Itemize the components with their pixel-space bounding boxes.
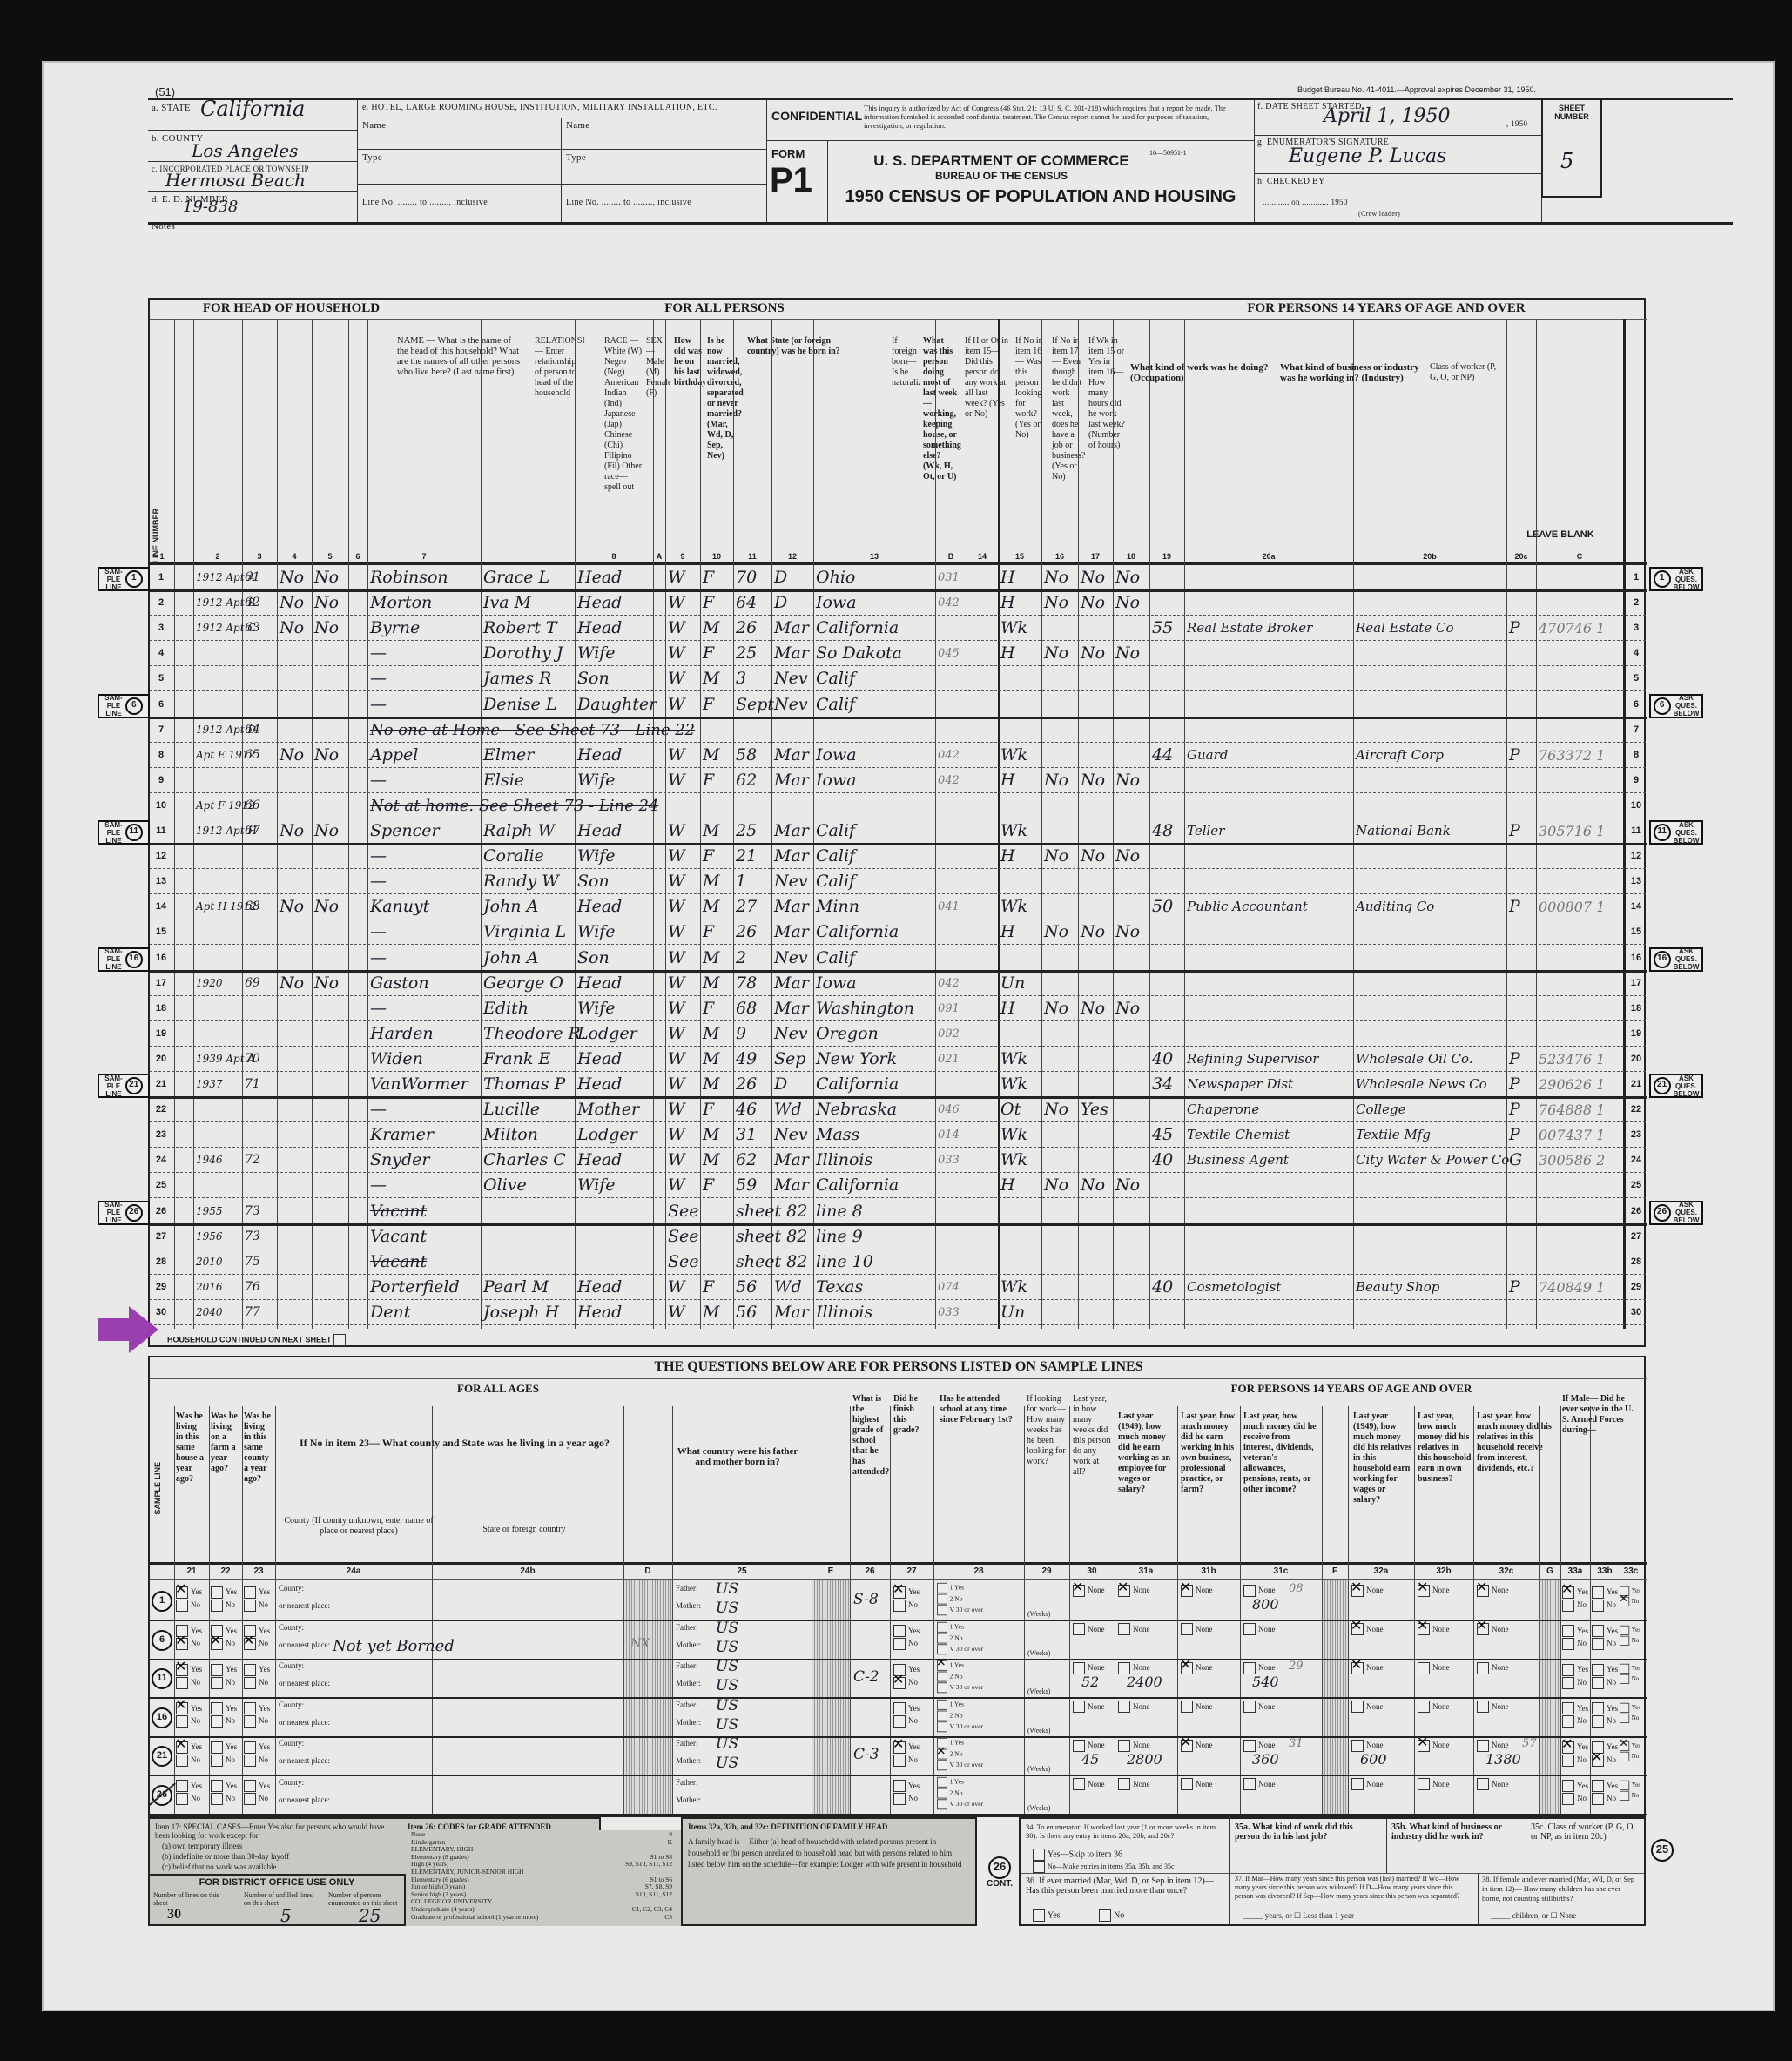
c33a-no-checkbox[interactable] [1562, 1793, 1574, 1805]
c31b-none-checkbox[interactable] [1181, 1778, 1193, 1790]
c23-no-checkbox[interactable] [244, 1638, 256, 1650]
c23-no-checkbox[interactable] [244, 1600, 256, 1612]
cell-c18: No [1115, 641, 1147, 668]
c22-yes-checkbox[interactable] [211, 1780, 223, 1792]
cell-last: Kanuyt [370, 894, 478, 921]
c28-yes-checkbox[interactable] [937, 1583, 947, 1593]
c28-yes-checkbox[interactable] [937, 1776, 947, 1787]
cell-occupation: Business Agent [1187, 1148, 1351, 1175]
cell-last: — [370, 768, 478, 795]
cell-class [1509, 590, 1533, 617]
c32c-none-checkbox[interactable] [1477, 1585, 1489, 1597]
c22-yes-checkbox[interactable] [211, 1586, 223, 1599]
c23-no-checkbox[interactable] [244, 1793, 256, 1805]
cell-farm [280, 869, 309, 896]
c31c-none-checkbox[interactable] [1243, 1662, 1256, 1674]
c27-no-checkbox[interactable] [893, 1600, 906, 1612]
c31a-none-checkbox[interactable] [1118, 1778, 1130, 1790]
c32b-none-checkbox[interactable] [1418, 1662, 1430, 1674]
ask-questions-below-tag: 16ASKQUES.BELOW [1649, 947, 1703, 972]
cell-race: W [668, 692, 697, 719]
cell-rel: Wife [577, 996, 650, 1023]
line-number: 8 [150, 750, 172, 760]
c31b-none-checkbox[interactable] [1181, 1662, 1193, 1674]
c33c-no-checkbox[interactable] [1620, 1752, 1629, 1761]
c31b-none-checkbox[interactable] [1181, 1585, 1193, 1597]
c30-none-checkbox[interactable] [1073, 1701, 1085, 1713]
c21-yes-checkbox[interactable] [176, 1741, 188, 1754]
c33b-no-checkbox[interactable] [1592, 1715, 1604, 1728]
c31b-none-checkbox[interactable] [1181, 1623, 1193, 1635]
cell-age: 26 [736, 616, 769, 643]
c23-no-checkbox[interactable] [244, 1677, 256, 1689]
cell-hours: 34 [1152, 1072, 1182, 1099]
c22-no-checkbox[interactable] [211, 1755, 223, 1767]
line-number-right: 6 [1625, 699, 1647, 710]
c27-no-checkbox[interactable] [893, 1638, 906, 1650]
cell-hours: 44 [1152, 743, 1182, 770]
sample-row-line-6: 6YesNoYesNoYesNoCounty:or nearest place:… [150, 1621, 1647, 1660]
cell-age: 31 [736, 1122, 769, 1149]
c33c-yes-checkbox[interactable] [1620, 1625, 1629, 1634]
c33a-yes-checkbox[interactable] [1562, 1664, 1574, 1676]
cell-sex: F [703, 1173, 731, 1200]
cell-birthplace: California [816, 1173, 933, 1200]
cell-code_c: 763372 1 [1539, 743, 1620, 770]
c23-yes-checkbox[interactable] [244, 1664, 256, 1676]
cell-acres [314, 996, 346, 1023]
c33b-no-checkbox[interactable] [1592, 1600, 1604, 1612]
hotel-block: e. HOTEL, LARGE ROOMING HOUSE, INSTITUTI… [357, 100, 767, 222]
c28-no-checkbox[interactable] [937, 1748, 947, 1759]
c23-no-checkbox[interactable] [244, 1755, 256, 1767]
c31c-none-checkbox[interactable] [1243, 1701, 1256, 1713]
c27-yes-checkbox[interactable] [893, 1586, 906, 1599]
c33c-yes-checkbox[interactable] [1620, 1664, 1629, 1674]
c27-no-checkbox[interactable] [893, 1715, 906, 1728]
c33a-yes-checkbox[interactable] [1562, 1625, 1574, 1637]
c31c-none-checkbox[interactable] [1243, 1740, 1256, 1752]
c21-no-checkbox[interactable] [176, 1755, 188, 1767]
cell-code_c: 740849 1 [1539, 1275, 1620, 1302]
cell-industry [1356, 1173, 1504, 1200]
cell-acres [314, 717, 346, 744]
cell-last: Robinson [370, 565, 478, 592]
cell-occupation: Chaperone [1187, 1097, 1351, 1124]
c33a-no-checkbox[interactable] [1562, 1600, 1574, 1612]
line-number: 27 [150, 1231, 172, 1242]
c23-yes-checkbox[interactable] [244, 1586, 256, 1599]
c33c-yes-checkbox[interactable] [1620, 1741, 1629, 1751]
c33c-no-checkbox[interactable] [1620, 1713, 1629, 1722]
cell-birthplace: Calif [816, 692, 933, 719]
cell-code_b: 033 [938, 1148, 964, 1175]
c33b-yes-checkbox[interactable] [1592, 1625, 1604, 1637]
cell-acres [314, 844, 346, 871]
cell-first: Randy W [483, 869, 572, 896]
cell-birthplace: Iowa [816, 590, 933, 617]
cell-rel: Mother [577, 1097, 650, 1124]
c33a-no-checkbox[interactable] [1562, 1677, 1574, 1689]
c33c-no-checkbox[interactable] [1620, 1635, 1629, 1645]
cell-age: 27 [736, 894, 769, 921]
c33c-no-checkbox[interactable] [1620, 1790, 1629, 1800]
c28-no-checkbox[interactable] [937, 1788, 947, 1798]
c32a-none-checkbox[interactable] [1351, 1585, 1364, 1597]
cell-c18 [1115, 1021, 1147, 1048]
c22-no-checkbox[interactable] [211, 1600, 223, 1612]
c33a-yes-checkbox[interactable] [1562, 1702, 1574, 1714]
c33b-yes-checkbox[interactable] [1592, 1702, 1604, 1714]
cell-first: James R [483, 666, 572, 693]
cell-last: Spencer [370, 818, 478, 845]
cell-marital: Nev [774, 666, 811, 693]
cell-farm [280, 919, 309, 946]
persons-enumerated-value: 25 [359, 1905, 381, 1926]
c27-yes-checkbox[interactable] [893, 1625, 906, 1637]
cell-farm [280, 641, 309, 668]
cell-birthplace: Calif [816, 946, 933, 973]
cell-first: Edith [483, 996, 572, 1023]
cell-code_b: 021 [938, 1047, 964, 1074]
cell-hours [1152, 946, 1182, 973]
col-13-header: What State (or foreign country) was he b… [745, 334, 859, 359]
c33b-no-checkbox[interactable] [1592, 1638, 1604, 1650]
col-7-header: NAME — What is the name of the head of t… [395, 334, 526, 380]
cell-class: P [1509, 1047, 1533, 1074]
c21-no-checkbox[interactable] [176, 1600, 188, 1612]
cell-occupation [1187, 919, 1351, 946]
cell-c18 [1115, 971, 1147, 998]
cell-house: 1946 [196, 1148, 239, 1175]
c28-no-checkbox[interactable] [937, 1633, 947, 1643]
c32c-none-checkbox[interactable] [1477, 1778, 1489, 1790]
c27-no-checkbox[interactable] [893, 1755, 906, 1767]
father-birthplace: US [716, 1658, 738, 1675]
cell-serial: 64 [245, 717, 274, 744]
cell-acres: No [314, 616, 346, 643]
c28-30-checkbox[interactable] [937, 1760, 947, 1770]
cell-birthplace: New York [816, 1047, 933, 1074]
cell-marital: D [774, 565, 811, 592]
c33a-no-checkbox[interactable] [1562, 1755, 1574, 1767]
c21-yes-checkbox[interactable] [176, 1664, 188, 1676]
cell-code_b [938, 818, 964, 845]
c33b-yes-checkbox[interactable] [1592, 1780, 1604, 1792]
cell-industry: College [1356, 1097, 1504, 1124]
cell-c17 [1081, 616, 1110, 643]
cell-code_b: 042 [938, 590, 964, 617]
c33b-no-checkbox[interactable] [1592, 1793, 1604, 1805]
c32a-none-checkbox[interactable] [1351, 1662, 1364, 1674]
c31c-none-checkbox[interactable] [1243, 1585, 1256, 1597]
cell-sex: F [703, 996, 731, 1023]
cell-race: W [668, 743, 697, 770]
cell-c18: No [1115, 919, 1147, 946]
cell-c17 [1081, 971, 1110, 998]
cell-farm [280, 996, 309, 1023]
weeks-worked: 45 [1081, 1751, 1099, 1768]
cell-farm: No [280, 616, 309, 643]
cell-last: Vacant [370, 1249, 478, 1276]
c23-yes-checkbox[interactable] [244, 1780, 256, 1792]
cell-last: Snyder [370, 1148, 478, 1175]
cell-c17: No [1081, 641, 1110, 668]
c32a-none-checkbox[interactable] [1351, 1740, 1364, 1752]
c30-none-checkbox[interactable] [1073, 1662, 1085, 1674]
cell-serial: 71 [245, 1072, 274, 1099]
grade-value: C-3 [853, 1746, 879, 1763]
c28-yes-checkbox[interactable] [937, 1699, 947, 1709]
cell-industry [1356, 869, 1504, 896]
c21-no-checkbox[interactable] [176, 1793, 188, 1805]
q34-yes-checkbox[interactable] [1033, 1849, 1045, 1861]
c33b-no-checkbox[interactable] [1592, 1677, 1604, 1689]
cell-race: W [668, 971, 697, 998]
cell-industry: Beauty Shop [1356, 1275, 1504, 1302]
cell-hours [1152, 590, 1182, 617]
cell-occupation [1187, 1173, 1351, 1200]
cell-c17: No [1081, 1173, 1110, 1200]
cell-class [1509, 971, 1533, 998]
cell-c18 [1115, 1097, 1147, 1124]
q36-no-checkbox[interactable] [1099, 1909, 1111, 1922]
cell-code_b: 042 [938, 768, 964, 795]
cell-class [1509, 1173, 1533, 1200]
cell-rel: Head [577, 1148, 650, 1175]
c31a-none-checkbox[interactable] [1118, 1662, 1130, 1674]
c32b-none-checkbox[interactable] [1418, 1778, 1430, 1790]
cell-class [1509, 565, 1533, 592]
c23-yes-checkbox[interactable] [244, 1702, 256, 1714]
c31a-none-checkbox[interactable] [1118, 1585, 1130, 1597]
c33a-no-checkbox[interactable] [1562, 1638, 1574, 1650]
c33b-no-checkbox[interactable] [1592, 1755, 1604, 1767]
c27-no-checkbox[interactable] [893, 1793, 906, 1805]
cell-activity: Wk [1000, 818, 1039, 845]
c23-yes-checkbox[interactable] [244, 1741, 256, 1754]
c21-yes-checkbox[interactable] [176, 1586, 188, 1599]
c32b-none-checkbox[interactable] [1418, 1701, 1430, 1713]
c21-yes-checkbox[interactable] [176, 1780, 188, 1792]
c28-no-checkbox[interactable] [937, 1710, 947, 1721]
cell-farm [280, 1097, 309, 1124]
c27-yes-checkbox[interactable] [893, 1702, 906, 1714]
c33a-yes-checkbox[interactable] [1562, 1780, 1574, 1792]
cell-marital: Mar [774, 1148, 811, 1175]
c31a-none-checkbox[interactable] [1118, 1623, 1130, 1635]
cell-c17: No [1081, 996, 1110, 1023]
cell-hours [1152, 919, 1182, 946]
c32c-none-checkbox[interactable] [1477, 1701, 1489, 1713]
c30-none-checkbox[interactable] [1073, 1623, 1085, 1635]
household-row-line-6: 66SAM-PLELINE66ASKQUES.BELOW—Denise LDau… [150, 692, 1647, 717]
line-number: 16 [150, 953, 172, 963]
cell-birthplace: Washington [816, 996, 933, 1023]
cell-marital: Mar [774, 1300, 811, 1327]
cell-industry: Real Estate Co [1356, 616, 1504, 643]
line-number-right: 14 [1625, 901, 1647, 912]
line-number: 4 [150, 648, 172, 658]
cell-code_c [1539, 946, 1620, 973]
cell-activity: Un [1000, 1300, 1039, 1327]
c32c-none-checkbox[interactable] [1477, 1740, 1489, 1752]
q36-yes-checkbox[interactable] [1033, 1909, 1045, 1922]
c22-no-checkbox[interactable] [211, 1793, 223, 1805]
cell-acres [314, 1021, 346, 1048]
c33b-yes-checkbox[interactable] [1592, 1586, 1604, 1599]
c32c-none-checkbox[interactable] [1477, 1623, 1489, 1635]
c28-30-checkbox[interactable] [937, 1644, 947, 1654]
c30-none-checkbox[interactable] [1073, 1740, 1085, 1752]
c28-no-checkbox[interactable] [937, 1671, 947, 1681]
cell-activity: Wk [1000, 743, 1039, 770]
cell-first: Ralph W [483, 818, 572, 845]
c33c-yes-checkbox[interactable] [1620, 1780, 1629, 1789]
c23-no-checkbox[interactable] [244, 1715, 256, 1728]
cell-age: 25 [736, 818, 769, 845]
c33c-yes-checkbox[interactable] [1620, 1702, 1629, 1712]
c32c-none-checkbox[interactable] [1477, 1662, 1489, 1674]
c22-yes-checkbox[interactable] [211, 1741, 223, 1754]
c32a-none-checkbox[interactable] [1351, 1623, 1364, 1635]
mother-birthplace: US [716, 1716, 738, 1734]
cell-c16 [1044, 1122, 1075, 1149]
cell-activity: Un [1000, 971, 1039, 998]
c28-30-checkbox[interactable] [937, 1721, 947, 1732]
c22-no-checkbox[interactable] [211, 1677, 223, 1689]
c31b-none-checkbox[interactable] [1181, 1701, 1193, 1713]
cell-occupation: Newspaper Dist [1187, 1072, 1351, 1099]
c31a-none-checkbox[interactable] [1118, 1740, 1130, 1752]
c21-no-checkbox[interactable] [176, 1677, 188, 1689]
cell-birthplace: Iowa [816, 768, 933, 795]
c28-30-checkbox[interactable] [937, 1605, 947, 1615]
c32a-none-checkbox[interactable] [1351, 1701, 1364, 1713]
cell-c17 [1081, 1021, 1110, 1048]
father-birthplace: US [716, 1697, 738, 1714]
c33a-no-checkbox[interactable] [1562, 1715, 1574, 1728]
cell-serial [245, 946, 274, 973]
c32c-amount: 1380 [1485, 1751, 1521, 1768]
household-continued-checkbox[interactable] [333, 1334, 346, 1346]
cell-birthplace: Minn [816, 894, 933, 921]
c32a-none-checkbox[interactable] [1351, 1778, 1364, 1790]
c33b-yes-checkbox[interactable] [1592, 1664, 1604, 1676]
cell-serial: 61 [245, 565, 274, 592]
cell-house [196, 768, 239, 795]
c31c-none-checkbox[interactable] [1243, 1778, 1256, 1790]
cell-farm [280, 666, 309, 693]
c22-yes-checkbox[interactable] [211, 1702, 223, 1714]
cell-first: Charles C [483, 1148, 572, 1175]
cell-c17 [1081, 946, 1110, 973]
c33c-no-checkbox[interactable] [1620, 1597, 1629, 1606]
col-20c-header: Class of worker (P, G, O, or NP) [1428, 360, 1506, 385]
q34-no-checkbox[interactable] [1033, 1861, 1045, 1873]
cell-activity [1000, 869, 1039, 896]
line-number-right: 29 [1625, 1282, 1647, 1292]
cell-activity: H [1000, 590, 1039, 617]
cell-code_b: 045 [938, 641, 964, 668]
c30-none-checkbox[interactable] [1073, 1778, 1085, 1790]
c31c-none-checkbox[interactable] [1243, 1623, 1256, 1635]
c21-yes-checkbox[interactable] [176, 1702, 188, 1714]
c28-30-checkbox[interactable] [937, 1799, 947, 1809]
c31b-none-checkbox[interactable] [1181, 1740, 1193, 1752]
c27-yes-checkbox[interactable] [893, 1741, 906, 1754]
c27-no-checkbox[interactable] [893, 1677, 906, 1689]
cell-birthplace: Calif [816, 666, 933, 693]
c28-30-checkbox[interactable] [937, 1682, 947, 1693]
cell-occupation [1187, 590, 1351, 617]
c28-yes-checkbox[interactable] [937, 1621, 947, 1632]
c33a-yes-checkbox[interactable] [1562, 1586, 1574, 1599]
cell-occupation [1187, 641, 1351, 668]
grade-value: C-2 [853, 1668, 879, 1686]
c22-yes-checkbox[interactable] [211, 1664, 223, 1676]
line-number-right: 16 [1625, 953, 1647, 963]
c21-no-checkbox[interactable] [176, 1638, 188, 1650]
c32b-none-checkbox[interactable] [1418, 1585, 1430, 1597]
cell-code_c: 300586 2 [1539, 1148, 1620, 1175]
line-number: 20 [150, 1054, 172, 1064]
line-number-right: 23 [1625, 1129, 1647, 1140]
cell-birthplace: Texas [816, 1275, 933, 1302]
cell-c18 [1115, 1122, 1147, 1149]
grade-code-item: Graduate or professional school (1 year … [411, 1913, 672, 1921]
cell-race: W [668, 666, 697, 693]
cell-c16 [1044, 1275, 1075, 1302]
cell-class: P [1509, 818, 1533, 845]
cell-c18: No [1115, 1173, 1147, 1200]
unfilled-lines-value: 5 [280, 1905, 292, 1926]
grade-value: S-8 [853, 1591, 879, 1608]
c28-no-checkbox[interactable] [937, 1593, 947, 1604]
cell-code_c [1539, 1021, 1620, 1048]
cell-c17: No [1081, 919, 1110, 946]
cell-code_b [938, 666, 964, 693]
c33c-no-checkbox[interactable] [1620, 1674, 1629, 1684]
cell-code_b: 031 [938, 565, 964, 592]
line-number-right: 25 [1625, 1180, 1647, 1190]
cell-code_b [938, 692, 964, 719]
c32b-none-checkbox[interactable] [1418, 1740, 1430, 1752]
cell-hours [1152, 666, 1182, 693]
c27-yes-checkbox[interactable] [893, 1780, 906, 1792]
c33a-yes-checkbox[interactable] [1562, 1741, 1574, 1754]
c22-no-checkbox[interactable] [211, 1715, 223, 1728]
c28-yes-checkbox[interactable] [937, 1660, 947, 1671]
cell-acres [314, 1199, 346, 1226]
line-number: 5 [150, 673, 172, 684]
c32b-none-checkbox[interactable] [1418, 1623, 1430, 1635]
c31a-none-checkbox[interactable] [1118, 1701, 1130, 1713]
cell-c17: No [1081, 844, 1110, 871]
col-9-header: RACE — White (W) Negro (Neg) American In… [603, 334, 644, 495]
c22-no-checkbox[interactable] [211, 1638, 223, 1650]
cell-sex: F [703, 844, 731, 871]
c21-no-checkbox[interactable] [176, 1715, 188, 1728]
cell-occupation [1187, 971, 1351, 998]
cell-age: 2 [736, 946, 769, 973]
additional-questions-box: 34. To enumerator: If worked last year (… [1019, 1817, 1646, 1926]
cell-age: 1 [736, 869, 769, 896]
cell-acres [314, 946, 346, 973]
c30-none-checkbox[interactable] [1073, 1585, 1085, 1597]
cell-age: 3 [736, 666, 769, 693]
cell-occupation [1187, 869, 1351, 896]
